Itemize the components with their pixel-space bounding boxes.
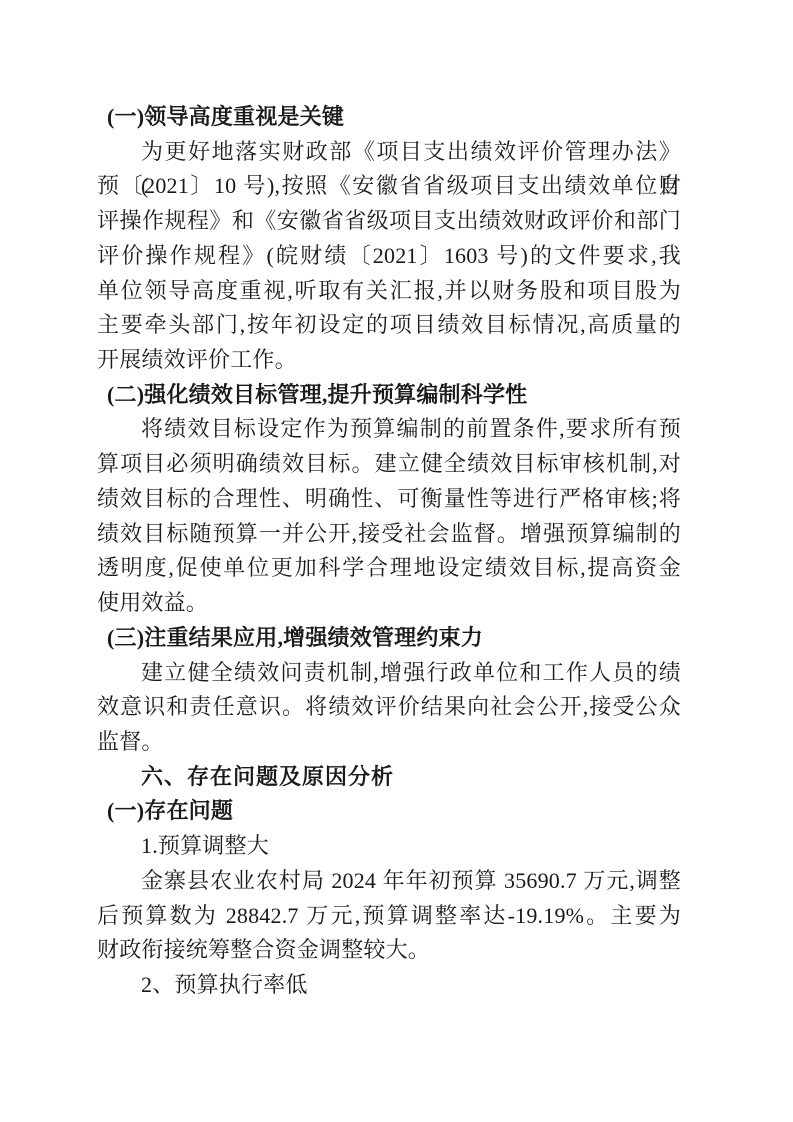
paragraph-line: 1.预算调整大 [97,829,681,864]
paragraph-line: 绩效目标的合理性、明确性、可衡量性等进行严格审核;将 [97,482,681,517]
paragraph-line: 评价操作规程》(皖财绩〔2021〕1603 号)的文件要求,我 [97,239,681,274]
paragraph-line: 评操作规程》和《安徽省省级项目支出绩效财政评价和部门 [97,204,681,239]
section-heading: (三)注重结果应用,增强绩效管理约束力 [97,621,681,656]
section-heading: (一)领导高度重视是关键 [97,100,681,135]
paragraph-line: 为更好地落实财政部《项目支出绩效评价管理办法》(财 [97,135,681,170]
paragraph-line: 开展绩效评价工作。 [97,343,681,378]
section-heading: (二)强化绩效目标管理,提升预算编制科学性 [97,378,681,413]
document-page: (一)领导高度重视是关键为更好地落实财政部《项目支出绩效评价管理办法》(财预〔2… [0,0,793,1122]
paragraph-line: 透明度,促使单位更加科学合理地设定绩效目标,提高资金 [97,551,681,586]
paragraph-line: 使用效益。 [97,586,681,621]
paragraph-line: 算项目必须明确绩效目标。建立健全绩效目标审核机制,对 [97,447,681,482]
paragraph-line: 效意识和责任意识。将绩效评价结果向社会公开,接受公众 [97,690,681,725]
paragraph-line: 将绩效目标设定作为预算编制的前置条件,要求所有预 [97,412,681,447]
paragraph-line: 监督。 [97,725,681,760]
paragraph-line: 单位领导高度重视,听取有关汇报,并以财务股和项目股为 [97,274,681,309]
paragraph-line: 主要牵头部门,按年初设定的项目绩效目标情况,高质量的 [97,308,681,343]
paragraph-line: 绩效目标随预算一并公开,接受社会监督。增强预算编制的 [97,517,681,552]
paragraph-line: 建立健全绩效问责机制,增强行政单位和工作人员的绩 [97,656,681,691]
paragraph-line: 预〔2021〕10 号),按照《安徽省省级项目支出绩效单位自 [97,169,681,204]
section-heading: 六、存在问题及原因分析 [97,760,681,795]
paragraph-line: 财政衔接统筹整合资金调整较大。 [97,933,681,968]
paragraph-line: 金寨县农业农村局 2024 年年初预算 35690.7 万元,调整 [97,864,681,899]
section-heading: (一)存在问题 [97,794,681,829]
document-body: (一)领导高度重视是关键为更好地落实财政部《项目支出绩效评价管理办法》(财预〔2… [97,100,681,1003]
paragraph-line: 2、预算执行率低 [97,968,681,1003]
paragraph-line: 后预算数为 28842.7 万元,预算调整率达-19.19%。主要为 [97,899,681,934]
